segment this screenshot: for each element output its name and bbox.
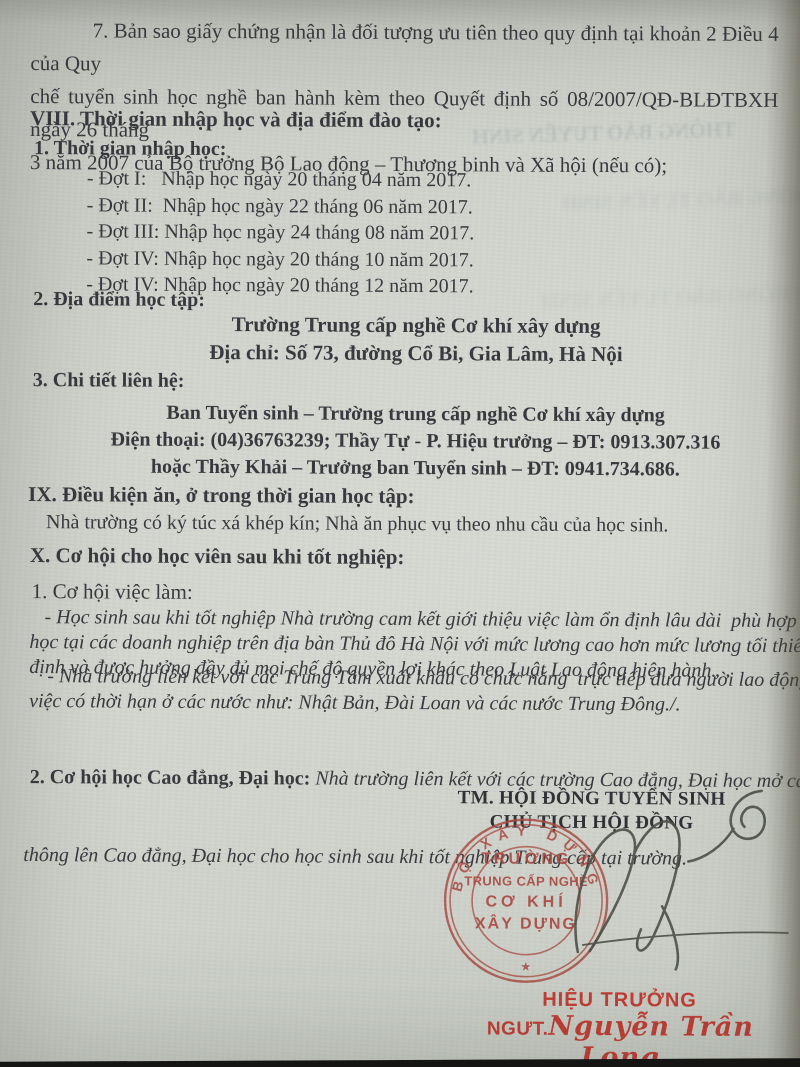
stamp-line-2: TRUNG CẤP NGHỀ — [456, 870, 596, 892]
stamp-center-text: TRƯỜNG TRUNG CẤP NGHỀ CƠ KHÍ XÂY DỰNG — [456, 848, 596, 936]
admission-date-item: - Đợt II: Nhập học ngày 22 tháng 06 năm … — [87, 192, 475, 221]
headmaster-title: HIỆU TRƯỞNG — [494, 989, 744, 1013]
admission-dates-list: - Đợt I: Nhập học ngày 20 tháng 04 năm 2… — [86, 165, 474, 300]
admission-date-item: - Đợt I: Nhập học ngày 20 tháng 04 năm 2… — [87, 165, 475, 194]
admission-time-heading: 1. Thời gian nhập học: — [34, 137, 227, 161]
section-ix-body: Nhà trường có ký túc xá khép kín; Nhà ăn… — [46, 509, 669, 538]
official-stamp: BỘ XÂY DỰNG ★ TRƯỜNG TRUNG CẤP NGHỀ CƠ K… — [424, 798, 629, 1003]
contact-heading: 3. Chi tiết liên hệ: — [33, 369, 185, 393]
school-address: Địa chỉ: Số 73, đường Cổ Bi, Gia Lâm, Hà… — [21, 339, 800, 368]
document-sheet: THÔNG BÁO TUYỂN SINH THÔNG BÁO TUYỂN SIN… — [0, 0, 800, 1067]
section-ix-heading: IX. Điều kiện ăn, ở trong thời gian học … — [28, 482, 414, 509]
job-opportunities-heading: 1. Cơ hội việc làm: — [32, 579, 193, 605]
school-name: Trường Trung cấp nghề Cơ khí xây dựng — [21, 311, 800, 340]
contact-lines: Ban Tuyển sinh – Trường trung cấp nghề C… — [20, 399, 800, 484]
job-paragraph-2: - Nhà trường liên kết với các Trung Tâm … — [29, 664, 800, 718]
section-viii-heading: VIII. Thời gian nhập học và địa điểm đào… — [30, 106, 442, 133]
college-heading: 2. Cơ hội học Cao đẳng, Đại học: — [24, 766, 316, 790]
admission-date-item: - Đợt IV: Nhập học ngày 20 tháng 10 năm … — [86, 245, 474, 274]
stamp-line-3: CƠ KHÍ — [456, 891, 596, 914]
college-body-2: thông lên Cao đẳng, Đại học cho học sinh… — [23, 842, 800, 872]
document-photo: THÔNG BÁO TUYỂN SINH THÔNG BÁO TUYỂN SIN… — [0, 0, 800, 1067]
stamp-line-4: XÂY DỰNG — [456, 913, 596, 936]
location-heading: 2. Địa điểm học tập: — [33, 288, 205, 312]
stamp-star-icon: ★ — [520, 960, 531, 974]
admission-date-item: - Đợt III: Nhập học ngày 24 tháng 08 năm… — [87, 218, 475, 247]
stamp-line-1: TRƯỜNG — [456, 848, 596, 871]
bleed-through-text: THÔNG BÁO TUYỂN SINH — [541, 282, 800, 315]
signer-prefix: NGƯT. — [487, 1018, 549, 1039]
bleed-through-text: THÔNG BÁO TUYỂN SINH — [561, 184, 800, 217]
section-x-heading: X. Cơ hội cho học viên sau khi tốt nghiệ… — [30, 543, 405, 570]
